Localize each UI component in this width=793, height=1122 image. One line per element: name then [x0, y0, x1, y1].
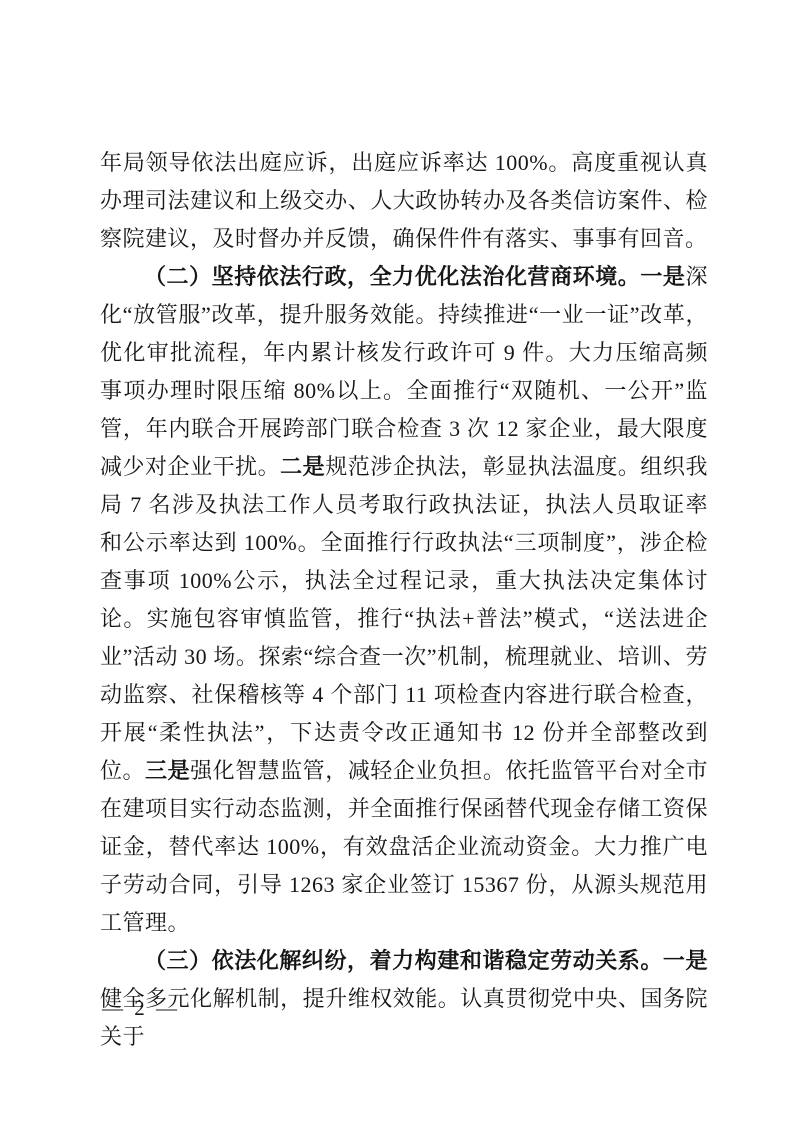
text-segment: 年局领导依法出庭应诉，出庭应诉率达 100%。高度重视认真办理司法建议和上级交办…: [100, 150, 708, 251]
section-heading: （二）坚持依法行政，全力优化法治化营商环境。: [144, 264, 640, 289]
paragraph-section-3: （三）依法化解纠纷，着力构建和谐稳定劳动关系。一是健全多元化解机制，提升维权效能…: [100, 942, 708, 1056]
section-heading: （三）依法化解纠纷，着力构建和谐稳定劳动关系。: [144, 948, 663, 973]
item-marker-yishi: 一是: [640, 264, 685, 289]
document-body: 年局领导依法出庭应诉，出庭应诉率达 100%。高度重视认真办理司法建议和上级交办…: [100, 144, 708, 1056]
item-marker-sanshi: 三是: [145, 758, 190, 783]
document-page: 年局领导依法出庭应诉，出庭应诉率达 100%。高度重视认真办理司法建议和上级交办…: [0, 0, 793, 1122]
text-segment: 规范涉企执法，彰显执法温度。组织我局 7 名涉及执法工作人员考取行政执法证，执法…: [100, 454, 708, 783]
text-segment: 强化智慧监管，减轻企业负担。依托监管平台对全市在建项目实行动态监测，并全面推行保…: [100, 758, 708, 935]
item-marker-ershi: 二是: [280, 454, 325, 479]
item-marker-yishi: 一是: [663, 948, 708, 973]
paragraph-section-2: （二）坚持依法行政，全力优化法治化营商环境。一是深化“放管服”改革，提升服务效能…: [100, 258, 708, 942]
text-segment: 深化“放管服”改革，提升服务效能。持续推进“一业一证”改革，优化审批流程，年内累…: [100, 264, 708, 479]
paragraph-continuation: 年局领导依法出庭应诉，出庭应诉率达 100%。高度重视认真办理司法建议和上级交办…: [100, 144, 708, 258]
text-segment: 健全多元化解机制，提升维权效能。认真贯彻党中央、国务院关于: [100, 986, 708, 1049]
page-number: — 2 —: [102, 996, 180, 1021]
